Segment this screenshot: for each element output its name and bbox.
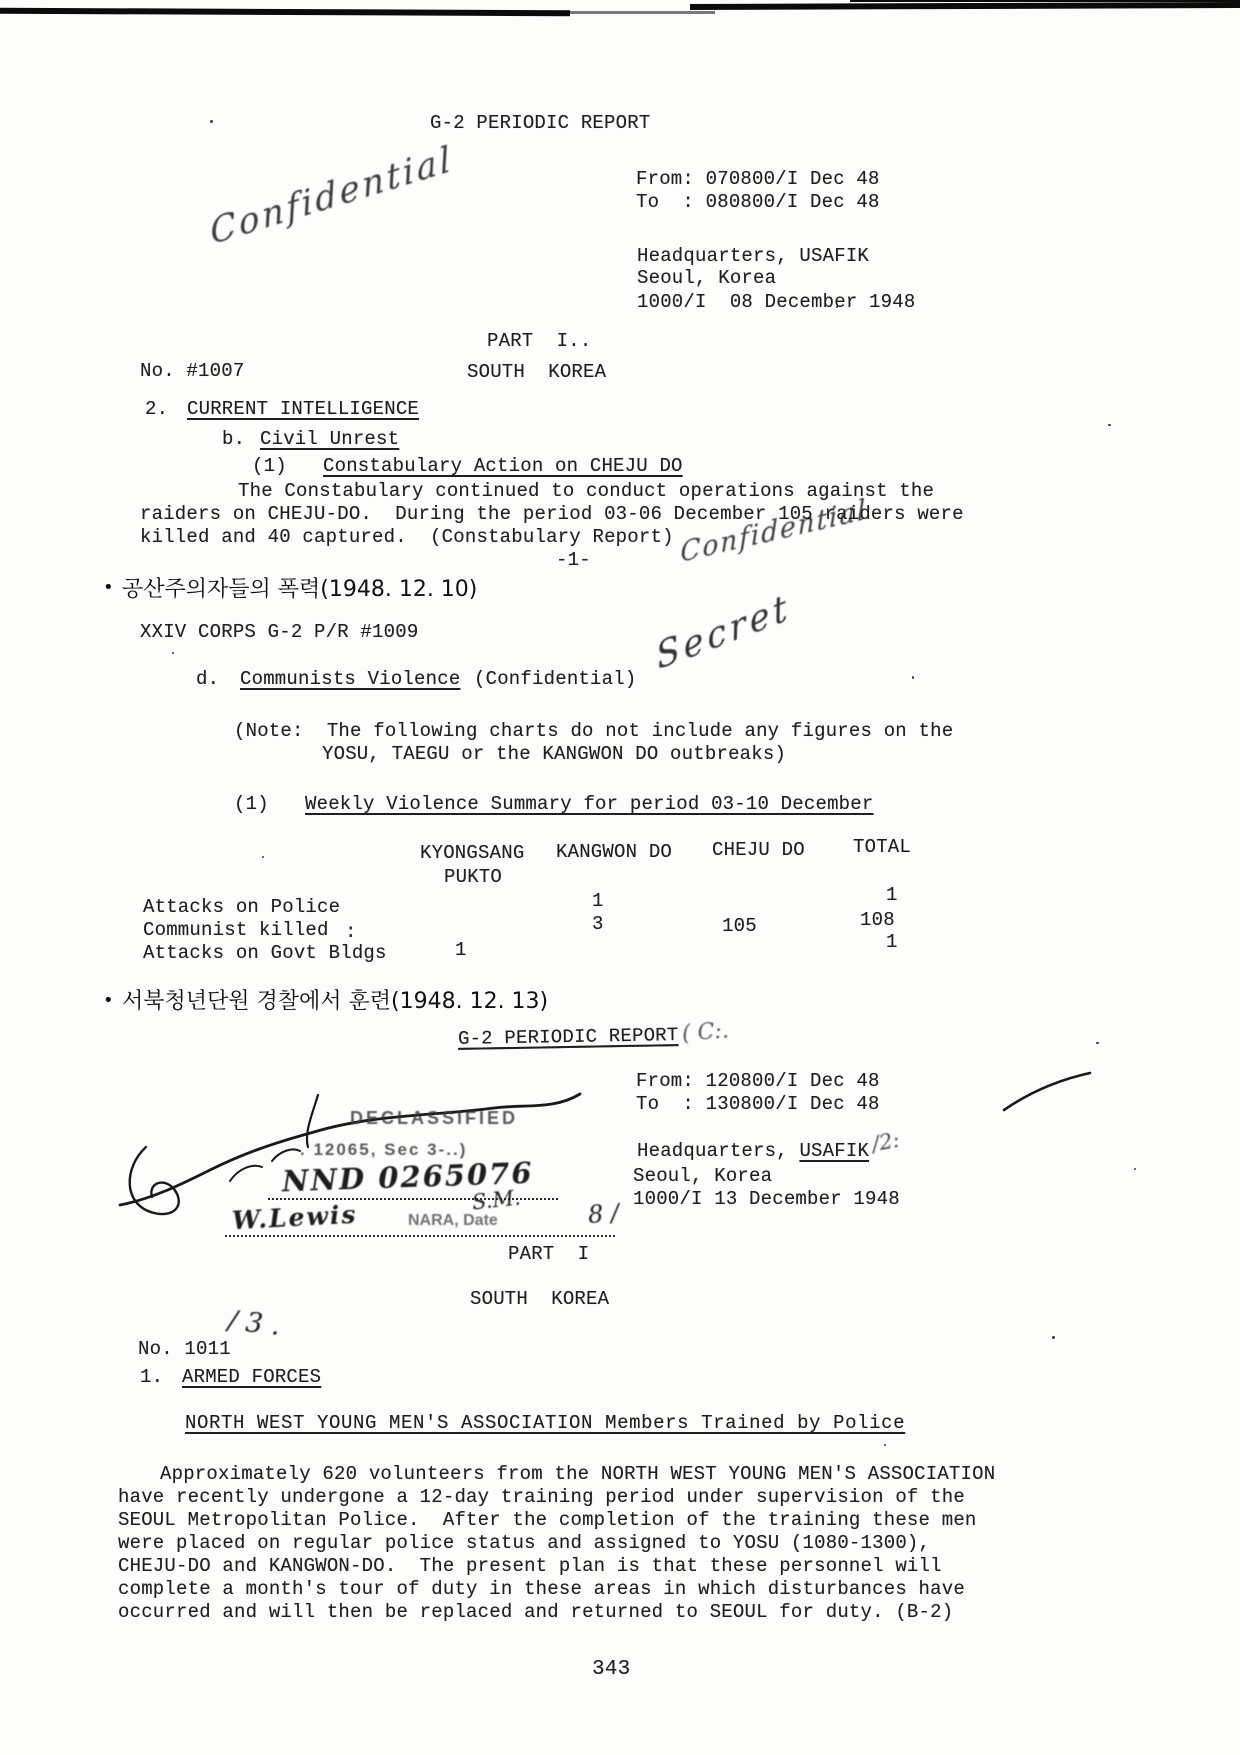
report2-paragraph-line7: occurred and will then be replaced and r… — [118, 1601, 953, 1624]
table-row2-cheju-value: 105 — [722, 915, 757, 938]
report1-subsection-title: Civil Unrest — [260, 428, 399, 451]
pr1009-note-line1: (Note: The following charts do not inclu… — [234, 720, 953, 743]
scan-noise-dot — [210, 120, 213, 123]
korean-annotation1-bullet: • — [103, 577, 114, 598]
declassified-stamp-eo-line: . 12065, Sec 3-..) — [300, 1140, 467, 1160]
report2-paragraph-line4: were placed on regular police status and… — [118, 1532, 930, 1555]
table-row2-colon: : — [345, 921, 357, 944]
nara-date-stamp-text: NARA, Date — [408, 1212, 498, 1230]
report2-hq-line2: Seoul, Korea — [633, 1165, 772, 1188]
scan-border-top-mid — [555, 11, 715, 14]
report2-part-heading: PART I — [508, 1243, 589, 1266]
report1-region-heading: SOUTH KOREA — [467, 361, 606, 384]
declassified-stamp-text: DECLASSIFIED — [350, 1108, 518, 1129]
report1-to-line: To : 080800/I Dec 48 — [636, 191, 880, 214]
scan-border-top-right-thin — [850, 0, 1240, 2]
report2-hq-line1: Headquarters, USAFIK — [637, 1140, 869, 1163]
report1-number: No. #1007 — [140, 360, 244, 383]
scan-noise-dot — [1134, 1168, 1136, 1170]
report1-hq-line3: 1000/I 08 December 1948 — [637, 291, 915, 314]
report1-hq-line1: Headquarters, USAFIK — [637, 245, 869, 268]
report2-number: No. 1011 — [138, 1338, 231, 1361]
report2-paragraph-line3: SEOUL Metropolitan Police. After the com… — [118, 1509, 977, 1532]
table-row2-kangwon-value: 3 — [592, 913, 604, 936]
handwritten-secret: Secret — [653, 586, 793, 679]
report2-hq-usafik: USAFIK — [799, 1140, 869, 1162]
table-row1-total-value: 1 — [886, 884, 898, 907]
table-row3-label: Attacks on Govt Bldgs — [143, 942, 387, 965]
report1-paragraph-line3: killed and 40 captured. (Constabulary Re… — [140, 526, 674, 549]
korean-annotation2-bullet: • — [103, 990, 114, 1011]
pr1009-header: XXIV CORPS G-2 P/R #1009 — [140, 621, 418, 644]
report2-paragraph-line5: CHEJU-DO and KANGWON-DO. The present pla… — [118, 1555, 942, 1578]
scan-noise-dot — [1108, 424, 1111, 426]
report2-title: G-2 PERIODIC REPORT — [458, 1024, 679, 1051]
pr1009-subsection-title: Communists Violence — [240, 668, 460, 691]
report1-item-number: (1) — [252, 455, 287, 478]
report2-hq-prefix: Headquarters, — [637, 1140, 799, 1162]
report1-section-title: CURRENT INTELLIGENCE — [187, 398, 419, 421]
scan-noise-dot — [1052, 1336, 1055, 1339]
korean-annotation2-text: 서북청년단원 경찰에서 훈련(1948. 12. 13) — [122, 984, 548, 1015]
report1-part-heading: PART I.. — [487, 330, 591, 353]
table-header-kangwon-do: KANGWON DO — [556, 841, 672, 864]
handwritten-sm-mark: S.M. — [471, 1186, 522, 1215]
table-header-pukto: PUKTO — [444, 866, 502, 889]
scan-noise-dot — [172, 652, 174, 654]
pr1009-subsection-number: d. — [196, 668, 219, 691]
scan-noise-dot — [262, 856, 264, 858]
report1-subsection-number: b. — [222, 428, 245, 451]
table-header-cheju-do: CHEJU DO — [712, 839, 805, 862]
scan-border-top-left — [0, 8, 570, 16]
handwritten-report-no-mark: / 3 . — [227, 1305, 282, 1341]
report2-to-line: To : 130800/I Dec 48 — [636, 1093, 880, 1116]
report2-section-title: ARMED FORCES — [182, 1366, 321, 1389]
pr1009-note-line2: YOSU, TAEGU or the KANGWON DO outbreaks) — [322, 743, 786, 766]
handwritten-confidential-top: Confidential — [208, 139, 455, 253]
scan-noise-dot — [836, 306, 838, 308]
handwritten-swoosh-icon — [1000, 1068, 1095, 1113]
page-number: 343 — [592, 1658, 630, 1681]
table-header-total: TOTAL — [853, 836, 911, 859]
korean-annotation1-text: 공산주의자들의 폭력(1948. 12. 10) — [122, 572, 477, 603]
handwritten-usafik-mark: /2: — [870, 1128, 901, 1156]
report1-item-title: Constabulary Action on CHEJU DO — [323, 455, 683, 478]
handwritten-title2-mark: ( C:. — [681, 1018, 729, 1046]
scan-noise-dot — [884, 1444, 886, 1446]
pr1009-item-number: (1) — [234, 793, 269, 816]
report1-page-marker: -1- — [556, 549, 591, 572]
report2-article-heading: NORTH WEST YOUNG MEN'S ASSOCIATION Membe… — [185, 1412, 905, 1435]
report2-hq-line3: 1000/I 13 December 1948 — [633, 1188, 900, 1211]
report2-from-line: From: 120800/I Dec 48 — [636, 1070, 880, 1093]
report2-paragraph-line2: have recently undergone a 12-day trainin… — [118, 1486, 965, 1509]
table-row3-total-value: 1 — [886, 931, 898, 954]
table-row1-label: Attacks on Police — [143, 896, 340, 919]
pr1009-classification: (Confidential) — [474, 668, 636, 691]
table-row1-kangwon-value: 1 — [592, 890, 604, 913]
report1-hq-line2: Seoul, Korea — [637, 267, 776, 290]
table-row2-label: Communist killed — [143, 919, 329, 942]
scan-border-top-right — [690, 2, 1240, 10]
scan-noise-dot — [912, 676, 914, 679]
scanned-document-page: G-2 PERIODIC REPORT Confidential From: 0… — [0, 0, 1240, 1755]
report2-paragraph-line6: complete a month's tour of duty in these… — [118, 1578, 965, 1601]
report2-paragraph-line1: Approximately 620 volunteers from the NO… — [160, 1463, 995, 1486]
report1-from-line: From: 070800/I Dec 48 — [636, 168, 880, 191]
table-row2-total-value: 108 — [860, 909, 895, 932]
report1-section-number: 2. — [145, 398, 168, 421]
handwritten-date-mark: 8 / — [587, 1199, 620, 1229]
pr1009-item-title: Weekly Violence Summary for period 03-10… — [305, 793, 874, 816]
table-header-kyongsang: KYONGSANG — [420, 842, 524, 865]
stamp-dotted-line2 — [225, 1235, 615, 1237]
report2-section-number: 1. — [140, 1366, 163, 1389]
scan-noise-dot — [1096, 1042, 1099, 1044]
report1-paragraph-line1: The Constabulary continued to conduct op… — [238, 480, 934, 503]
report1-title: G-2 PERIODIC REPORT — [430, 112, 650, 135]
report2-region-heading: SOUTH KOREA — [470, 1288, 609, 1311]
table-row3-kyongsang-value: 1 — [455, 939, 467, 962]
